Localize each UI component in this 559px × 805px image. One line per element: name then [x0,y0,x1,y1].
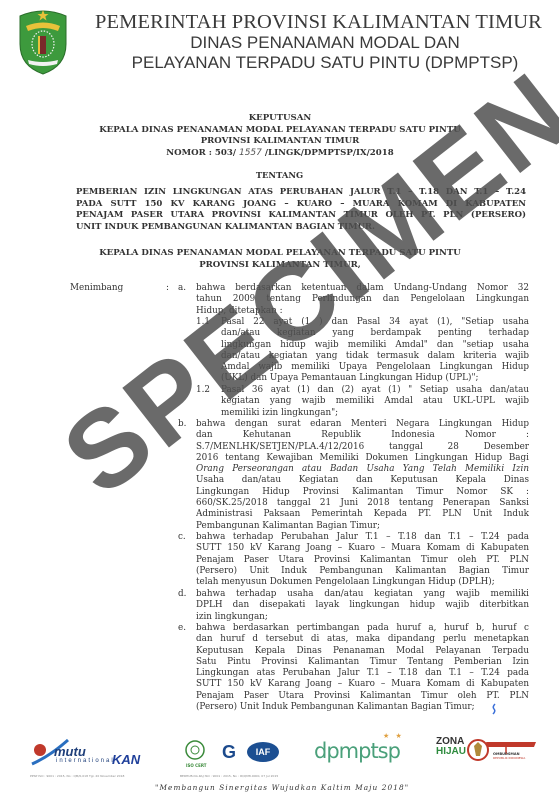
decree-issuer-line2: PROVINSI KALIMANTAN TIMUR [40,136,520,148]
iaf-logo: IAF [247,742,279,762]
mutu-caption: PPSP ISO : 9001 : 2015, No : QM/0,018 Tg… [30,774,124,778]
zona-hijau-logo: ZONA HIJAU [436,737,466,757]
kaltim-coat-of-arms-icon [16,6,70,76]
decree-heading: KEPUTUSAN [40,113,520,125]
sub-item-1-1-text: Pasal 22 ayat (1 ) dan Pasal 34 ayat (1)… [221,317,529,385]
tentang-heading: TENTANG [0,170,559,180]
header-agency-line1: DINAS PENANAMAN MODAL DAN [95,33,555,53]
dpmptsp-stars-icon: ★ ★ [383,732,404,740]
letterhead: PEMERINTAH PROVINSI KALIMANTAN TIMUR DIN… [0,0,559,90]
iso-cert-logo-icon [183,739,207,763]
decree-subject: PEMBERIAN IZIN LINGKUNGAN ATAS PERUBAHAN… [76,187,526,233]
decree-title: KEPUTUSAN KEPALA DINAS PENANAMAN MODAL P… [40,113,520,159]
item-letter-d: d. [178,589,186,600]
sub-item-1-2-text: Pasal 36 ayat (1) dan (2) ayat (1) " Set… [221,385,529,419]
cert-caption: BERHUB.DA.RAJ ISO : 9001 : 2015, No : ID… [180,774,278,778]
sub-item-number: 1.1 [196,317,210,328]
handwritten-number: 1557 [236,148,265,158]
footer-slogan: "Membangun Sinergitas Wujudkan Kaltim Ma… [155,783,409,792]
item-letter-b: b. [178,419,186,430]
item-b-text: bahwa dengan surat edaran Menteri Negara… [196,419,529,532]
menimbang-colon: : [166,283,169,294]
dpmptsp-logo: dpmptsp [314,739,400,763]
footer-logos: mutu international KAN PPSP ISO : 9001 :… [0,730,559,805]
decree-number: NOMOR : 503/1557/LINGK/DPMPTSP/IX/2018 [40,148,520,160]
g-cert-logo: G [222,742,236,763]
header-agency-line2: PELAYANAN TERPADU SATU PINTU (DPMPTSP) [95,53,555,73]
ombudsman-garuda-icon [466,736,546,766]
item-a-text: bahwa berdasarkan ketentuan dalam Undang… [196,283,529,317]
item-c-text: bahwa terhadap Perubahan Jalur T.1 – T.1… [196,532,529,588]
paraf-mark-icon [490,703,498,715]
item-d-text: bahwa terhadap usaha dan/atau kegiatan y… [196,589,529,623]
item-letter-e: e. [178,623,186,634]
item-e-text: bahwa berdasarkan pertimbangan pada huru… [196,623,529,713]
sub-item-number: 1.2 [196,385,210,396]
item-letter-a: a. [178,283,186,294]
menimbang-label: Menimbang [70,283,123,294]
header-government: PEMERINTAH PROVINSI KALIMANTAN TIMUR [95,11,555,34]
kan-logo: KAN [112,752,140,767]
item-letter-c: c. [178,532,186,543]
issuer-block: KEPALA DINAS PENANAMAN MODAL PELAYANAN T… [40,248,520,271]
decree-issuer-line1: KEPALA DINAS PENANAMAN MODAL PELAYANAN T… [40,125,520,137]
